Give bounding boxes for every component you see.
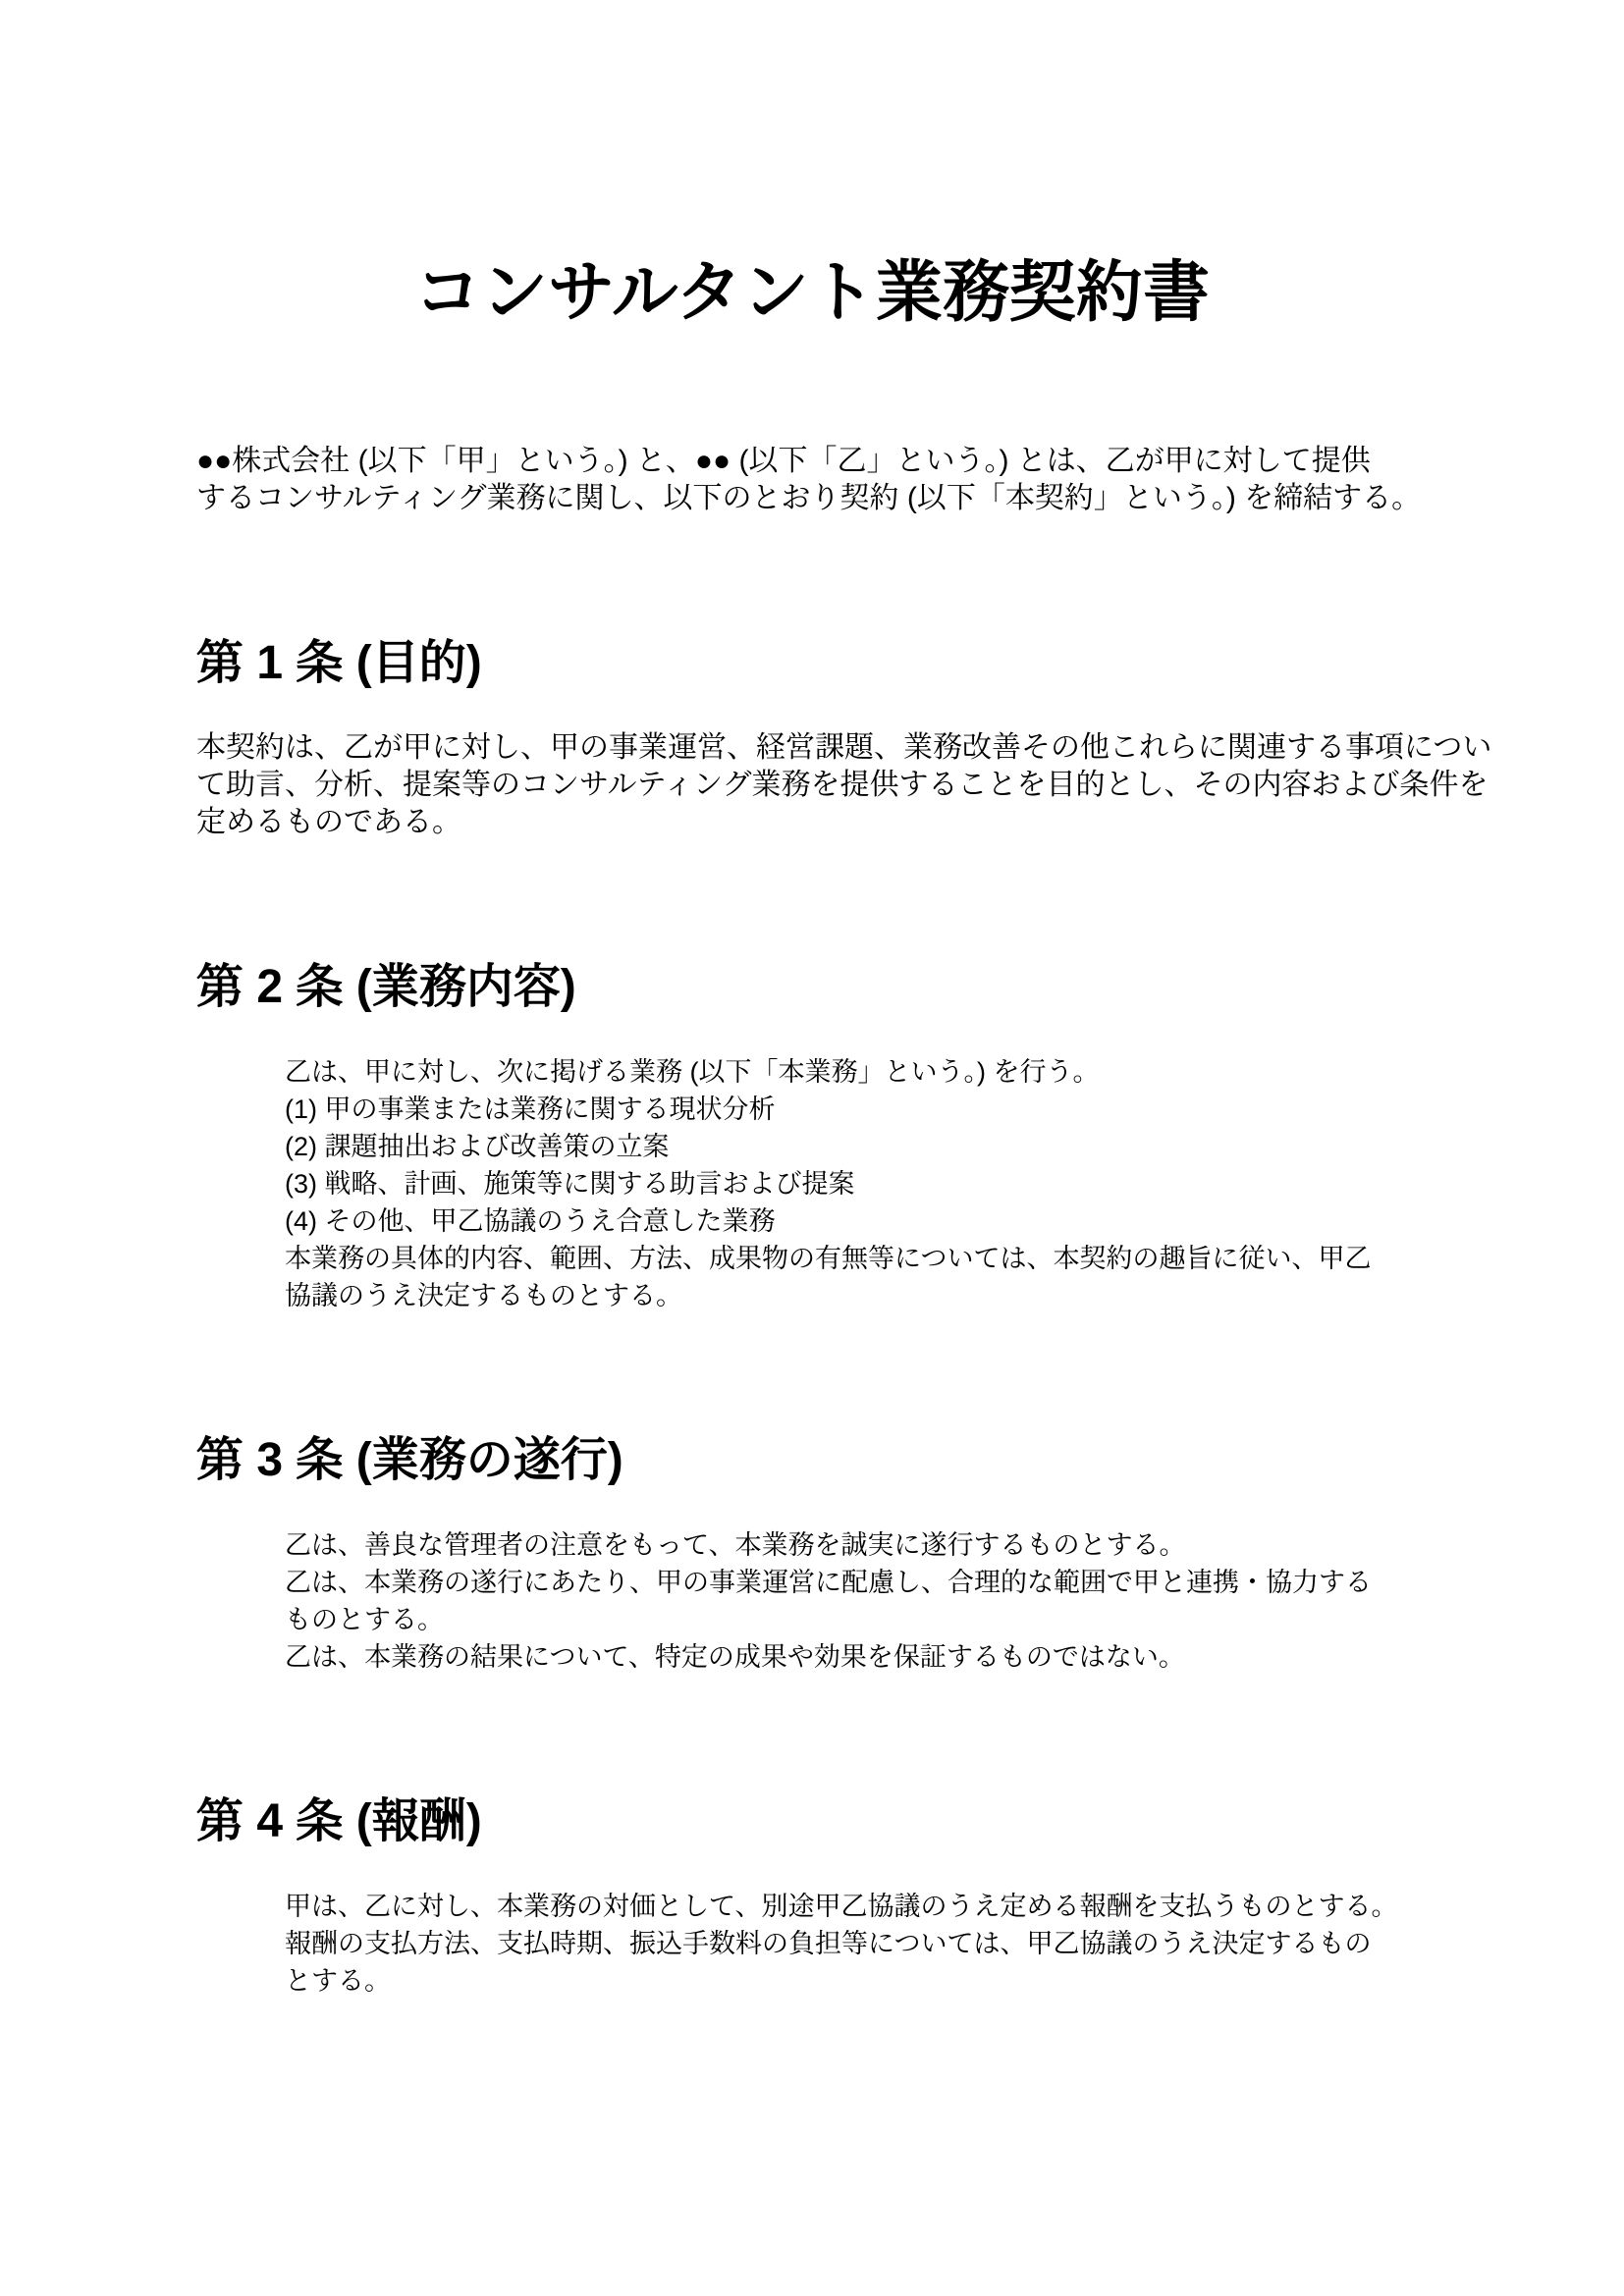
article-section-4: 第 4 条 (報酬) 甲は、乙に対し、本業務の対価として、別途甲乙協議のうえ定め… (196, 1793, 1506, 2000)
document-content: ●●株式会社 (以下「甲」という。) と、●● (以下「乙」という。) とは、乙… (196, 443, 1506, 2000)
intro-paragraph: ●●株式会社 (以下「甲」という。) と、●● (以下「乙」という。) とは、乙… (196, 443, 1506, 517)
article-2-heading: 第 2 条 (業務内容) (196, 959, 1506, 1016)
article-4-heading: 第 4 条 (報酬) (196, 1793, 1506, 1850)
article-3-heading: 第 3 条 (業務の遂行) (196, 1432, 1506, 1489)
article-section-2: 第 2 条 (業務内容) 乙は、甲に対し、次に掲げる業務 (以下「本業務」という… (196, 959, 1506, 1314)
article-section-3: 第 3 条 (業務の遂行) 乙は、善良な管理者の注意をもって、本業務を誠実に遂行… (196, 1432, 1506, 1676)
article-1-heading: 第 1 条 (目的) (196, 635, 1506, 692)
article-4-body: 甲は、乙に対し、本業務の対価として、別途甲乙協議のうえ定める報酬を支払うものとす… (285, 1888, 1506, 2000)
document-title: コンサルタント業務契約書 (0, 253, 1624, 332)
article-2-body: 乙は、甲に対し、次に掲げる業務 (以下「本業務」という。) を行う。 (1) 甲… (285, 1053, 1506, 1314)
contract-document-page: コンサルタント業務契約書 ●●株式会社 (以下「甲」という。) と、●● (以下… (0, 0, 1624, 2296)
article-1-body: 本契約は、乙が甲に対し、甲の事業運営、経営課題、業務改善その他これらに関連する事… (196, 729, 1506, 841)
article-section-1: 第 1 条 (目的) 本契約は、乙が甲に対し、甲の事業運営、経営課題、業務改善そ… (196, 635, 1506, 841)
article-3-body: 乙は、善良な管理者の注意をもって、本業務を誠実に遂行するものとする。 乙は、本業… (285, 1526, 1506, 1676)
